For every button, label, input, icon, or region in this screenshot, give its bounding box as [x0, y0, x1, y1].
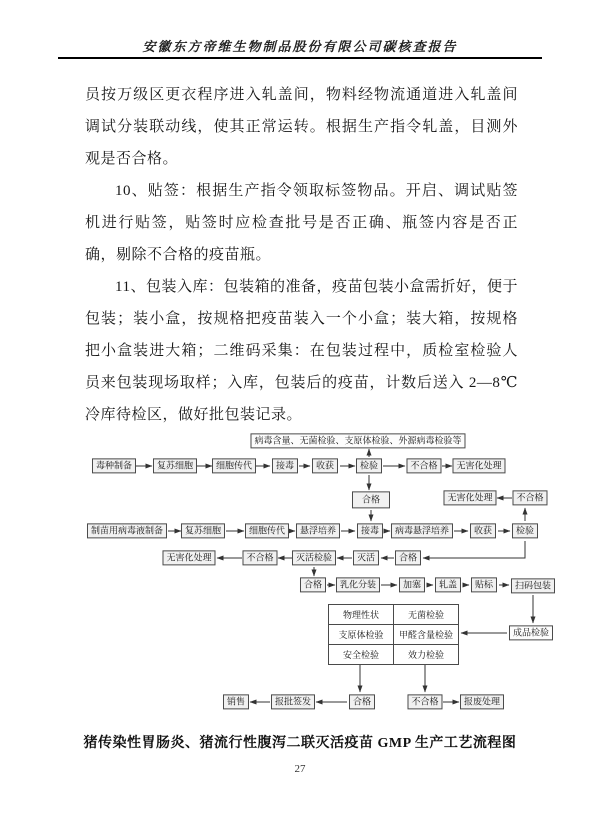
flow-node-r2-test: 检验: [512, 523, 538, 538]
flow-node-scan-pack: 扫码包装: [511, 578, 555, 593]
process-flowchart: 病毒含量、无菌检验、支原体检验、外源病毒检验等毒种制备复苏细胞细胞传代接毒收获检…: [0, 0, 600, 828]
flow-node-r2-inoculate: 接毒: [357, 523, 383, 538]
flow-node-r4-pass: 合格: [300, 577, 326, 592]
flow-node-r1-test: 检验: [356, 458, 382, 473]
flow-node-r5-fail: 不合格: [407, 694, 442, 709]
qc-cell: 无菌检验: [394, 605, 459, 625]
flow-node-vaccine-virus-prep: 制苗用病毒液制备: [87, 523, 167, 538]
qc-cell: 甲醛含量检验: [394, 625, 459, 645]
flow-node-sale: 销售: [223, 694, 249, 709]
flow-node-virus-tests-note: 病毒含量、无菌检验、支原体检验、外源病毒检验等: [250, 433, 465, 448]
flow-node-scrap-disposal: 报废处理: [460, 694, 504, 709]
flow-node-r2-disposal: 无害化处理: [443, 490, 496, 505]
flow-node-r2-revive-cells: 复苏细胞: [181, 523, 225, 538]
flowchart-caption: 猪传染性胃肠炎、猪流行性腹泻二联灭活疫苗 GMP 生产工艺流程图: [0, 732, 600, 752]
flow-node-r2-cell-passage: 细胞传代: [245, 523, 289, 538]
flow-node-finished-test: 成品检验: [509, 625, 553, 640]
flow-node-r3-pass: 合格: [395, 550, 421, 565]
flow-node-r1-cell-passage: 细胞传代: [212, 458, 256, 473]
qc-check-table: 物理性状无菌检验支原体检验甲醛含量检验安全检验效力检验: [328, 604, 459, 665]
page-number: 27: [0, 763, 600, 775]
flow-node-r1-disposal: 无害化处理: [452, 458, 505, 473]
qc-cell: 效力检验: [394, 645, 459, 665]
flow-node-batch-release: 报批签发: [271, 694, 315, 709]
flow-node-inactivation: 灭活: [353, 550, 379, 565]
qc-cell: 安全检验: [329, 645, 394, 665]
flow-node-r2-fail: 不合格: [512, 490, 547, 505]
flow-node-r1-inoculate: 接毒: [272, 458, 298, 473]
flow-node-r5-pass: 合格: [349, 694, 375, 709]
flow-node-cap-crimp: 轧盖: [435, 577, 461, 592]
flow-node-suspension-culture: 悬浮培养: [296, 523, 340, 538]
qc-cell: 支原体检验: [329, 625, 394, 645]
flow-node-emulsify-fill: 乳化分装: [336, 577, 380, 592]
flow-node-r1-harvest: 收获: [312, 458, 338, 473]
flow-edge: [423, 541, 525, 558]
flow-node-seed-prep: 毒种制备: [92, 458, 136, 473]
flow-node-r2-harvest: 收获: [470, 523, 496, 538]
flow-node-inactivation-test: 灭活检验: [292, 550, 336, 565]
flow-node-r1-fail: 不合格: [406, 458, 441, 473]
flow-node-virus-suspension-culture: 病毒悬浮培养: [391, 523, 453, 538]
flow-node-r3-fail: 不合格: [242, 550, 277, 565]
flow-node-r1-pass: 合格: [352, 491, 390, 508]
flow-node-r3-disposal: 无害化处理: [162, 550, 215, 565]
document-page: 安徽东方帝维生物制品股份有限公司碳核查报告 员按万级区更衣程序进入轧盖间，物料经…: [0, 0, 600, 828]
flow-node-r1-revive-cells: 复苏细胞: [153, 458, 197, 473]
qc-cell: 物理性状: [329, 605, 394, 625]
flow-node-stopper: 加塞: [399, 577, 425, 592]
flow-node-labeling: 贴标: [471, 577, 497, 592]
